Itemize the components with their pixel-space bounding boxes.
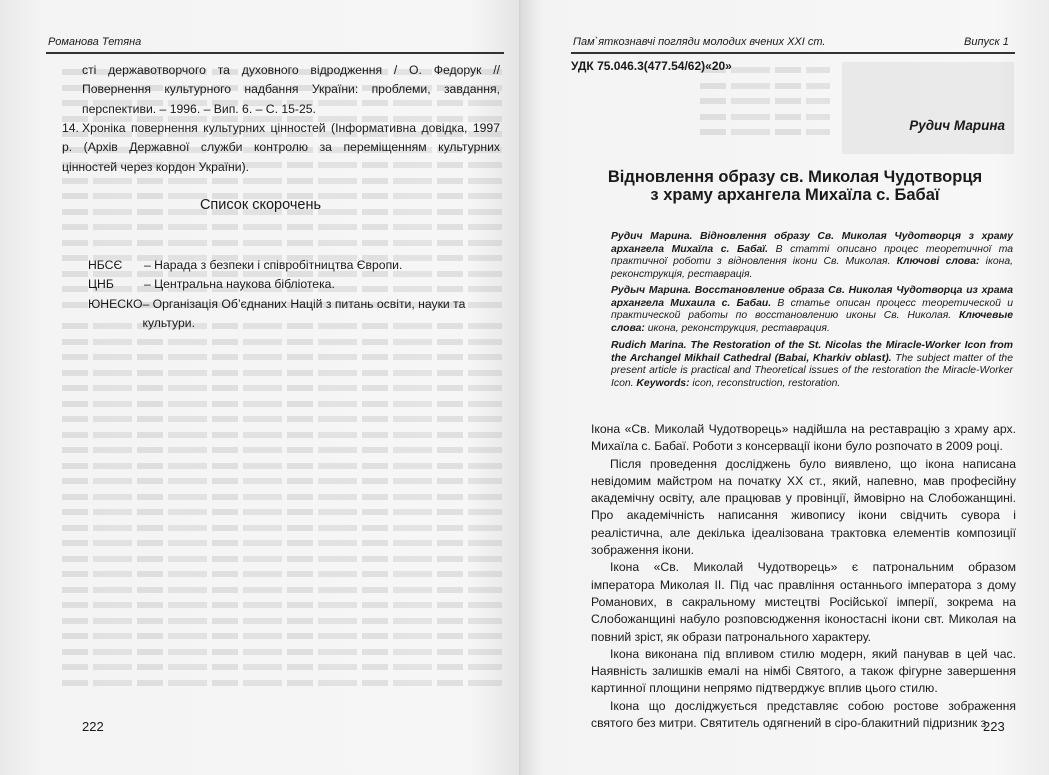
journal-running-head: Пам`яткознавчі погляди молодих вчених XX…	[573, 36, 825, 48]
keywords-label: Keywords:	[636, 378, 689, 389]
abbreviation-key: ЦНБ	[88, 275, 144, 294]
abbreviation-item: ЮНЕСКО – Організація Об’єднаних Націй з …	[88, 295, 521, 334]
bleed-through-image	[842, 62, 1014, 154]
abbreviation-meaning: – Організація Об’єднаних Націй з питань …	[143, 295, 522, 334]
abstract-ukrainian: Рудич Марина. Відновлення образу Св. Мик…	[611, 231, 1013, 281]
abbreviations-title: Список скорочень	[0, 197, 521, 213]
abbreviation-key: НБСЄ	[88, 256, 144, 275]
page-number: 223	[983, 719, 1005, 734]
bleed-through-text	[62, 318, 502, 690]
abstract-russian: Рудыч Марина. Восстановление образа Св. …	[611, 285, 1013, 335]
paragraph: Ікона «Св. Миколай Чудотворець» надійшла…	[591, 421, 1016, 456]
header-rule	[46, 52, 504, 54]
abbreviation-item: НБСЄ – Нарада з безпеки і співробітництв…	[88, 256, 521, 275]
reference-number: 14.	[62, 119, 82, 138]
reference-13-continuation: сті державотворчого та духовного відродж…	[82, 61, 500, 119]
abbreviation-item: ЦНБ – Центральна наукова бібліотека.	[88, 275, 521, 294]
page-number: 222	[82, 719, 104, 734]
abbreviation-key: ЮНЕСКО	[88, 295, 143, 334]
issue-label: Випуск 1	[964, 36, 1009, 48]
running-head: Романова Тетяна	[48, 36, 141, 48]
paragraph: Ікона «Св. Миколай Чудотворець» є патрон…	[591, 559, 1016, 645]
title-line: з храму архангела Михаїла с. Бабаї	[560, 186, 1030, 204]
abbreviation-meaning: – Центральна наукова бібліотека.	[144, 275, 335, 294]
article-author: Рудич Марина	[909, 118, 1005, 133]
left-page: Романова Тетяна сті державотворчого та д…	[0, 0, 521, 775]
udk-code: УДК 75.046.3(477.54/62)«20»	[571, 59, 732, 73]
article-title: Відновлення образу св. Миколая Чудотворц…	[560, 168, 1030, 204]
bleed-through-text	[700, 62, 830, 140]
paragraph: Ікона що досліджується представляє собою…	[591, 698, 1016, 733]
abbreviation-meaning: – Нарада з безпеки і співробітництва Євр…	[144, 256, 402, 275]
reference-14: 14.Хроніка повернення культурних цінност…	[62, 119, 500, 177]
abbreviations-list: НБСЄ – Нарада з безпеки і співробітництв…	[88, 256, 521, 333]
reference-text: Хроніка повернення культурних цінностей …	[62, 121, 500, 174]
title-line: Відновлення образу св. Миколая Чудотворц…	[560, 168, 1030, 186]
paragraph: Ікона виконана під впливом стилю модерн,…	[591, 646, 1016, 698]
header-rule	[571, 52, 1015, 54]
abstract-english: Rudich Marina. The Restoration of the St…	[611, 340, 1013, 390]
article-body: Ікона «Св. Миколай Чудотворець» надійшла…	[591, 421, 1016, 732]
keywords-label: Ключові слова:	[897, 256, 980, 267]
keywords: icon, reconstruction, restoration.	[690, 378, 841, 389]
paragraph: Після проведення досліджень було виявлен…	[591, 456, 1016, 560]
keywords: икона, реконструкция, реставрация.	[645, 323, 830, 334]
